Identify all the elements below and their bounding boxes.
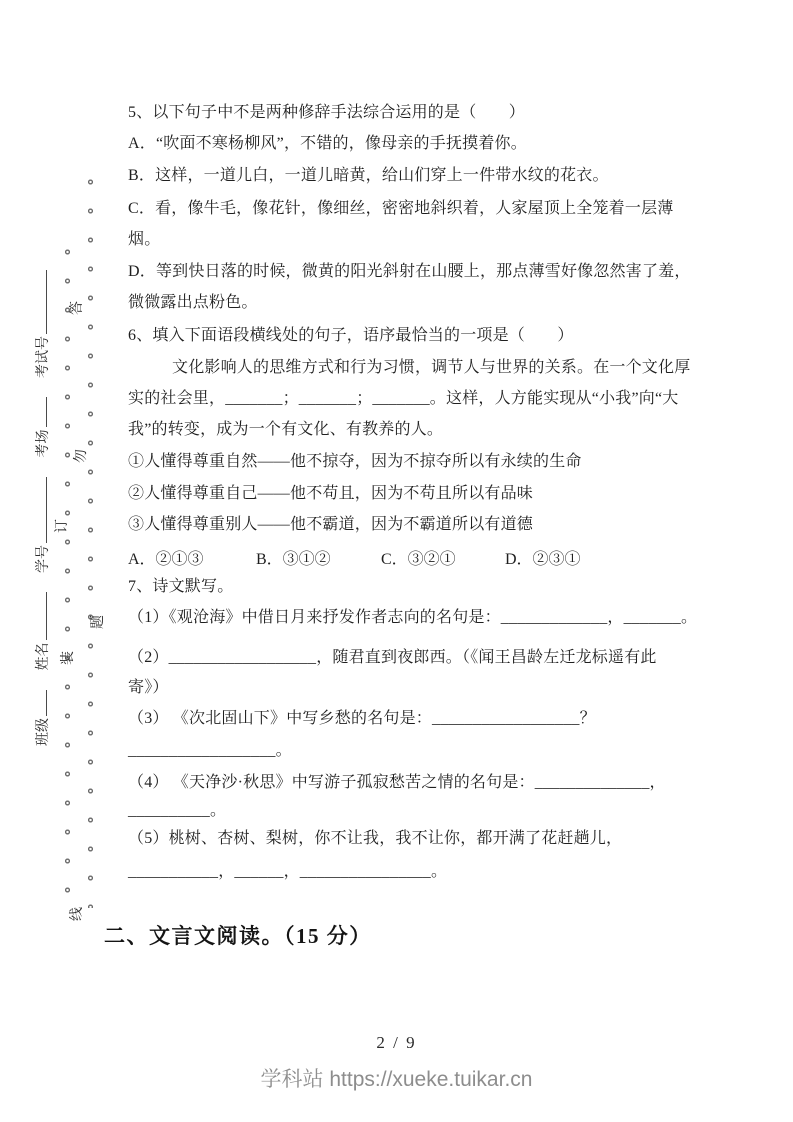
field-class: 班级 xyxy=(36,690,51,746)
field-exam-number-label: 考试号 xyxy=(36,336,51,378)
field-student-number: 学号 xyxy=(36,477,51,573)
field-class-blank xyxy=(34,690,47,716)
q6-answer-options: A．②①③ B．③①② C．③②① D．②③① xyxy=(128,546,581,569)
field-name-blank xyxy=(34,593,47,641)
q7-sub-5-cont: ___________，______，________________。 xyxy=(128,862,447,882)
binding-char-wu: 勿 xyxy=(74,448,90,464)
q6-answer-option-d: D．②③① xyxy=(505,546,581,569)
q7-sub-3: （3） 《次北固山下》中写乡愁的名句是：__________________？ xyxy=(128,709,596,729)
q5-option-a: A．“吹面不寒杨柳风”，不错的，像母亲的手抚摸着你。 xyxy=(128,134,527,154)
q5-option-c-cont: 烟。 xyxy=(128,230,160,250)
binding-dotted-line-inner xyxy=(63,238,72,898)
binding-dotted-line-outer xyxy=(86,168,95,908)
q6-passage-line-2: 实的社会里，_______；_______；_______。这样，人方能实现从“… xyxy=(128,389,679,409)
field-name: 姓名 xyxy=(36,593,51,671)
q7-sub-3-cont: __________________。 xyxy=(128,741,292,761)
field-exam-room: 考场 xyxy=(36,398,51,458)
q5-option-b: B．这样，一道儿白，一道儿暗黄，给山们穿上一件带水纹的花衣。 xyxy=(128,166,609,186)
field-class-label: 班级 xyxy=(36,718,51,746)
q6-item-1: ①人懂得尊重自然——他不掠夺，因为不掠夺所以有永续的生命 xyxy=(128,452,582,472)
q6-answer-option-c: C．③②① xyxy=(381,546,501,569)
q6-passage-line-3: 我”的转变，成为一个有文化、有教养的人。 xyxy=(128,420,443,440)
q5-option-c: C．看，像牛毛，像花针，像细丝，密密地斜织着，人家屋顶上全笼着一层薄 xyxy=(128,199,673,219)
q5-option-d: D．等到快日落的时候，微黄的阳光斜射在山腰上，那点薄雪好像忽然害了羞， xyxy=(128,262,691,282)
q7-sub-4-cont: __________。 xyxy=(128,801,226,821)
exam-paper-page: 答 勿 订 题 装 线 班级 姓名 学号 考场 考试号 5、以下句子中不是两种修… xyxy=(0,0,793,1122)
section-2-header: 二、文言文阅读。（15 分） xyxy=(104,920,372,950)
field-exam-room-blank xyxy=(34,398,47,428)
q7-sub-2-cont: 寄》） xyxy=(128,678,169,698)
field-name-label: 姓名 xyxy=(36,643,51,671)
field-student-number-blank xyxy=(34,477,47,543)
q5-stem: 5、以下句子中不是两种修辞手法综合运用的是（ ） xyxy=(128,103,525,123)
q6-item-3: ③人懂得尊重别人——他不霸道，因为不霸道所以有道德 xyxy=(128,515,533,535)
binding-char-ti: 题 xyxy=(91,614,107,630)
q6-answer-option-a: A．②①③ xyxy=(128,546,252,569)
binding-char-xian: 线 xyxy=(70,906,86,922)
q6-item-2: ②人懂得尊重自己——他不苟且，因为不苟且所以有品味 xyxy=(128,484,533,504)
q7-sub-1: （1）《观沧海》中借日月来抒发作者志向的名句是：_____________，__… xyxy=(128,608,697,628)
q7-sub-5: （5）桃树、杏树、梨树，你不让我，我不让你，都开满了花赶趟儿， xyxy=(128,829,622,849)
q7-sub-4: （4） 《天净沙·秋思》中写游子孤寂愁苦之情的名句是：_____________… xyxy=(128,773,666,793)
q7-sub-2: （2）__________________，随君直到夜郎西。（《闻王昌龄左迁龙标… xyxy=(128,648,657,668)
binding-char-ding: 订 xyxy=(55,518,71,534)
student-info-fields: 班级 姓名 学号 考场 考试号 xyxy=(32,276,50,746)
site-watermark: 学科站 https://xueke.tuikar.cn xyxy=(0,1063,793,1093)
q5-option-d-cont: 微微露出点粉色。 xyxy=(128,293,258,313)
q7-stem: 7、诗文默写。 xyxy=(128,577,233,597)
q6-passage-line-1: 文化影响人的思维方式和行为习惯，调节人与世界的关系。在一个文化厚 xyxy=(172,358,690,378)
field-student-number-label: 学号 xyxy=(36,545,51,573)
field-exam-room-label: 考场 xyxy=(36,430,51,458)
binding-char-da: 答 xyxy=(70,300,86,316)
field-exam-number-blank xyxy=(34,270,47,334)
binding-char-zhuang: 装 xyxy=(61,650,77,666)
q6-stem: 6、填入下面语段横线处的句子，语序最恰当的一项是（ ） xyxy=(128,326,574,346)
field-exam-number: 考试号 xyxy=(36,270,51,378)
page-number: 2 / 9 xyxy=(0,1033,793,1053)
q6-answer-option-b: B．③①② xyxy=(256,546,377,569)
